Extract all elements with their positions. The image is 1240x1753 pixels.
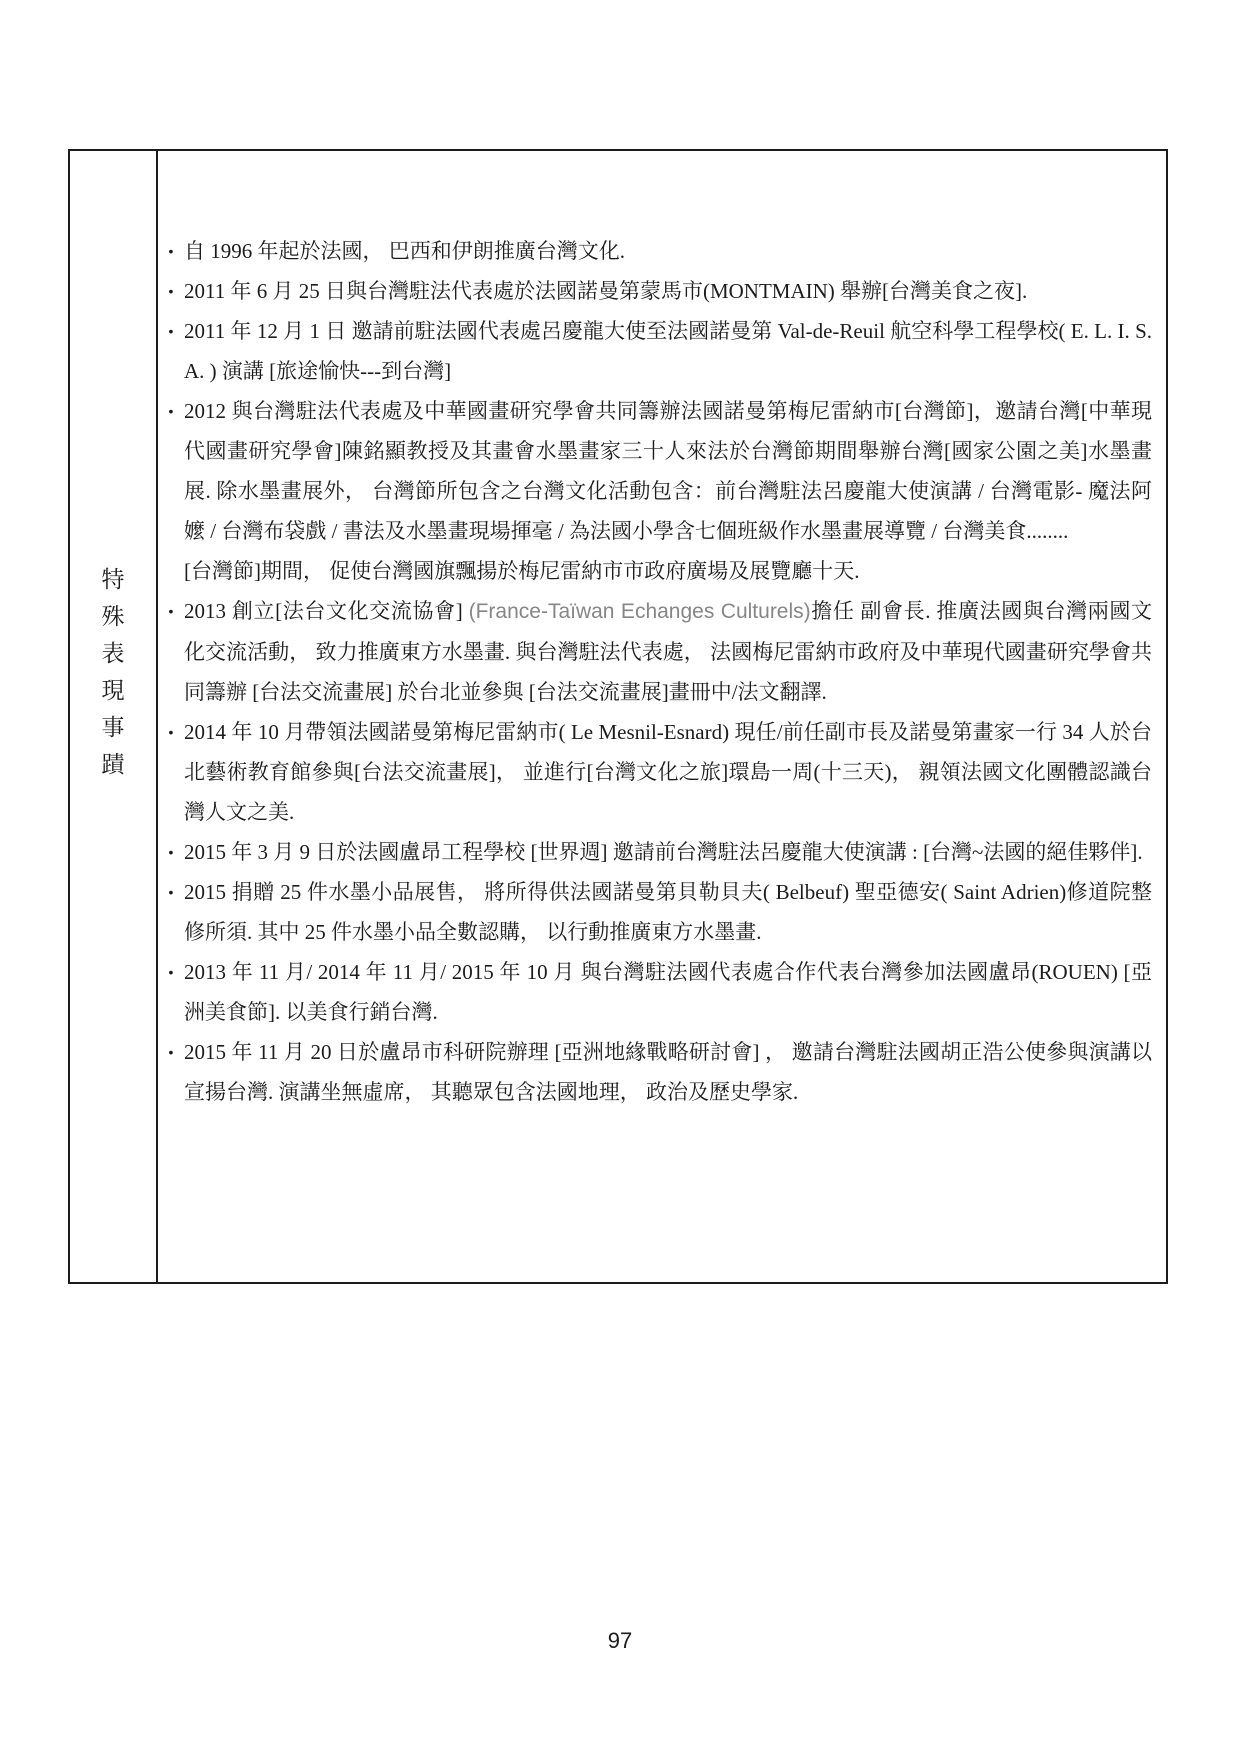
list-item-text: 2015 捐贈 25 件水墨小品展售， 將所得供法國諾曼第貝勒貝夫( Belbe… bbox=[184, 872, 1152, 952]
bullet-dot-icon: • bbox=[158, 311, 184, 351]
list-item: • 2015 捐贈 25 件水墨小品展售， 將所得供法國諾曼第貝勒貝夫( Bel… bbox=[158, 872, 1152, 952]
achievements-table: 特 殊 表 現 事 蹟 • 自 1996 年起於法國， 巴西和伊朗推廣台灣文化.… bbox=[68, 149, 1168, 1284]
list-item-text: 2013 創立[法台文化交流協會] (France-Taïwan Echange… bbox=[184, 591, 1152, 712]
list-item: • 2013 創立[法台文化交流協會] (France-Taïwan Echan… bbox=[158, 591, 1152, 712]
list-item-segment: 2013 創立[法台文化交流協會] bbox=[184, 599, 469, 623]
list-item-continuation: [台灣節]期間， 促使台灣國旗飄揚於梅尼雷納市市政府廣場及展覽廳十天. bbox=[158, 551, 1152, 591]
list-item: • 2015 年 11 月 20 日於盧昂市科研院辦理 [亞洲地緣戰略研討會] … bbox=[158, 1032, 1152, 1112]
list-item-text: 2011 年 6 月 25 日與台灣駐法代表處於法國諾曼第蒙馬市(MONTMAI… bbox=[184, 271, 1152, 311]
bullet-dot-icon: • bbox=[158, 591, 184, 631]
row-label: 特 殊 表 現 事 蹟 bbox=[102, 561, 125, 783]
list-item-text: 自 1996 年起於法國， 巴西和伊朗推廣台灣文化. bbox=[184, 231, 1152, 271]
bullet-dot-icon: • bbox=[158, 832, 184, 872]
bullet-dot-icon: • bbox=[158, 231, 184, 271]
list-item-text: 2012 與台灣駐法代表處及中華國畫研究學會共同籌辦法國諾曼第梅尼雷納市[台灣節… bbox=[184, 391, 1152, 551]
list-item-text: 2014 年 10 月帶領法國諾曼第梅尼雷納市( Le Mesnil-Esnar… bbox=[184, 712, 1152, 832]
page-number: 97 bbox=[0, 1628, 1240, 1654]
list-item: • 2011 年 6 月 25 日與台灣駐法代表處於法國諾曼第蒙馬市(MONTM… bbox=[158, 271, 1152, 311]
list-item: • 2012 與台灣駐法代表處及中華國畫研究學會共同籌辦法國諾曼第梅尼雷納市[台… bbox=[158, 391, 1152, 551]
list-item: • 自 1996 年起於法國， 巴西和伊朗推廣台灣文化. bbox=[158, 231, 1152, 271]
bullet-dot-icon: • bbox=[158, 712, 184, 752]
list-item-text: 2015 年 11 月 20 日於盧昂市科研院辦理 [亞洲地緣戰略研討會] ， … bbox=[184, 1032, 1152, 1112]
list-item-segment-french-name: (France-Taïwan Echanges Culturels) bbox=[469, 600, 811, 623]
list-item-text: 2013 年 11 月/ 2014 年 11 月/ 2015 年 10 月 與台… bbox=[184, 952, 1152, 1032]
bullet-dot-icon: • bbox=[158, 271, 184, 311]
row-header-cell: 特 殊 表 現 事 蹟 bbox=[70, 151, 158, 1282]
bullet-dot-icon: • bbox=[158, 872, 184, 912]
list-item: • 2011 年 12 月 1 日 邀請前駐法國代表處呂慶龍大使至法國諾曼第 V… bbox=[158, 311, 1152, 391]
list-item: • 2013 年 11 月/ 2014 年 11 月/ 2015 年 10 月 … bbox=[158, 952, 1152, 1032]
achievements-content: • 自 1996 年起於法國， 巴西和伊朗推廣台灣文化. • 2011 年 6 … bbox=[158, 151, 1166, 1282]
bullet-dot-icon: • bbox=[158, 1032, 184, 1072]
bullet-dot-icon: • bbox=[158, 952, 184, 992]
list-item-text: 2015 年 3 月 9 日於法國盧昂工程學校 [世界週] 邀請前台灣駐法呂慶龍… bbox=[184, 832, 1152, 872]
list-item: • 2015 年 3 月 9 日於法國盧昂工程學校 [世界週] 邀請前台灣駐法呂… bbox=[158, 832, 1152, 872]
list-item-text: 2011 年 12 月 1 日 邀請前駐法國代表處呂慶龍大使至法國諾曼第 Val… bbox=[184, 311, 1152, 391]
list-item-text: [台灣節]期間， 促使台灣國旗飄揚於梅尼雷納市市政府廣場及展覽廳十天. bbox=[184, 551, 1152, 591]
bullet-dot-icon: • bbox=[158, 391, 184, 431]
list-item: • 2014 年 10 月帶領法國諾曼第梅尼雷納市( Le Mesnil-Esn… bbox=[158, 712, 1152, 832]
